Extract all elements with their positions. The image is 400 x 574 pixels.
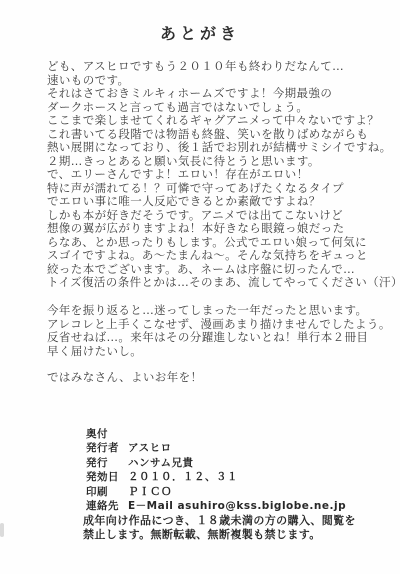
colophon-row-label: 連絡先 — [86, 499, 128, 513]
scan-artifact — [0, 523, 4, 537]
colophon-row-label: 印刷 — [86, 485, 128, 499]
text-line: 早く届けたいし。 — [47, 345, 391, 359]
text-line: 絞った本でございます。あ、ネームは序盤に切ったんで… — [47, 263, 400, 277]
text-line: ではみなさん、よいお年を！ — [47, 371, 202, 385]
colophon-row: 印刷ＰＩＣＯ — [86, 485, 346, 499]
text-line: ダークホースと言っても過言ではないでしょう。 — [47, 101, 400, 115]
age-restriction-notice: 成年向け作品につき、１８歳未満の方の購入、閲覧を禁止します。無断転載、無断複製も… — [83, 514, 356, 542]
colophon-row-value: ハンサム兄貴 — [128, 456, 193, 470]
colophon-row: 発行ハンサム兄貴 — [86, 456, 346, 470]
text-line: 特に声が濡れてる！？可憐で守ってあげたくなるタイプ — [47, 182, 400, 196]
text-line: 成年向け作品につき、１８歳未満の方の購入、閲覧を — [83, 514, 356, 528]
text-line: 今年を振り返ると…迷ってしまった一年だったと思います。 — [47, 304, 391, 318]
text-line: 熱い展開になっており、後１話でお別れが結構サミシイですね。 — [47, 141, 400, 155]
colophon-row-label: 発行者 — [86, 441, 128, 455]
afterword-closing: ではみなさん、よいお年を！ — [47, 371, 202, 385]
text-line: 速いものです。 — [47, 74, 400, 88]
colophon-row: 発効日２０１０．１２、３１ — [86, 470, 346, 484]
colophon: 奥付 発行者アスヒロ発行ハンサム兄貴発効日２０１０．１２、３１印刷ＰＩＣＯ連絡先… — [86, 427, 346, 513]
text-line: 反省せねば…。来年はその分躍進しないとね！単行本２冊目 — [47, 331, 391, 345]
text-line: 禁止します。無断転載、無断複製も禁じます。 — [83, 528, 356, 542]
text-line: でエロい事に唯一人反応できるとか素敵ですよね？ — [47, 195, 400, 209]
colophon-row-label: 発効日 — [86, 470, 128, 484]
colophon-heading: 奥付 — [86, 427, 346, 441]
afterword-paragraph-1: ども、アスヒロですもう２０１０年も終わりだなんて…速いものです。それはさておきミ… — [47, 60, 400, 290]
colophon-row-value: ２０１０．１２、３１ — [128, 470, 238, 484]
colophon-rows: 発行者アスヒロ発行ハンサム兄貴発効日２０１０．１２、３１印刷ＰＩＣＯ連絡先E－M… — [86, 441, 346, 513]
text-line: しかも本が好きだそうです。アニメでは出てこないけど — [47, 209, 400, 223]
page-title: あとがき — [0, 21, 400, 44]
colophon-row-value: ＰＩＣＯ — [128, 485, 172, 499]
text-line: スゴイですよね。あ～たまんね～。そんな気持ちをギュっと — [47, 249, 400, 263]
afterword-page: あとがき ども、アスヒロですもう２０１０年も終わりだなんて…速いものです。それは… — [0, 0, 400, 574]
text-line: ここまで楽しませてくれるギャグアニメって中々ないですよ？ — [47, 114, 400, 128]
colophon-row-label: 発行 — [86, 456, 128, 470]
colophon-row-value: E－Mail asuhiro@kss.biglobe.ne.jp — [128, 499, 346, 513]
text-line: これ書いてる段階では物語も終盤、笑いを散りばめながらも — [47, 128, 400, 142]
text-line: ２期…きっとあると願い気長に待とうと思います。 — [47, 155, 400, 169]
afterword-paragraph-2: 今年を振り返ると…迷ってしまった一年だったと思います。アレコレと上手くこなせず、… — [47, 304, 391, 358]
colophon-row: 連絡先E－Mail asuhiro@kss.biglobe.ne.jp — [86, 499, 346, 513]
text-line: それはさておきミルキィホームズですよ！今期最強の — [47, 87, 400, 101]
text-line: アレコレと上手くこなせず、漫画あまり描けませんでしたよう。 — [47, 318, 391, 332]
text-line: ども、アスヒロですもう２０１０年も終わりだなんて… — [47, 60, 400, 74]
text-line: トイズ復活の条件とかは…そのまあ、流してやってください（汗） — [47, 276, 400, 290]
text-line: 想像の翼が広がりますよね！本好きなら眼鏡っ娘だった — [47, 222, 400, 236]
colophon-row: 発行者アスヒロ — [86, 441, 346, 455]
text-line: らなあ、とか思ったりもします。公式でエロい娘って何気に — [47, 236, 400, 250]
colophon-row-value: アスヒロ — [128, 441, 172, 455]
colophon-heading-label: 奥付 — [86, 427, 128, 441]
text-line: で、エリーさんですよ！エロい！存在がエロい！ — [47, 168, 400, 182]
